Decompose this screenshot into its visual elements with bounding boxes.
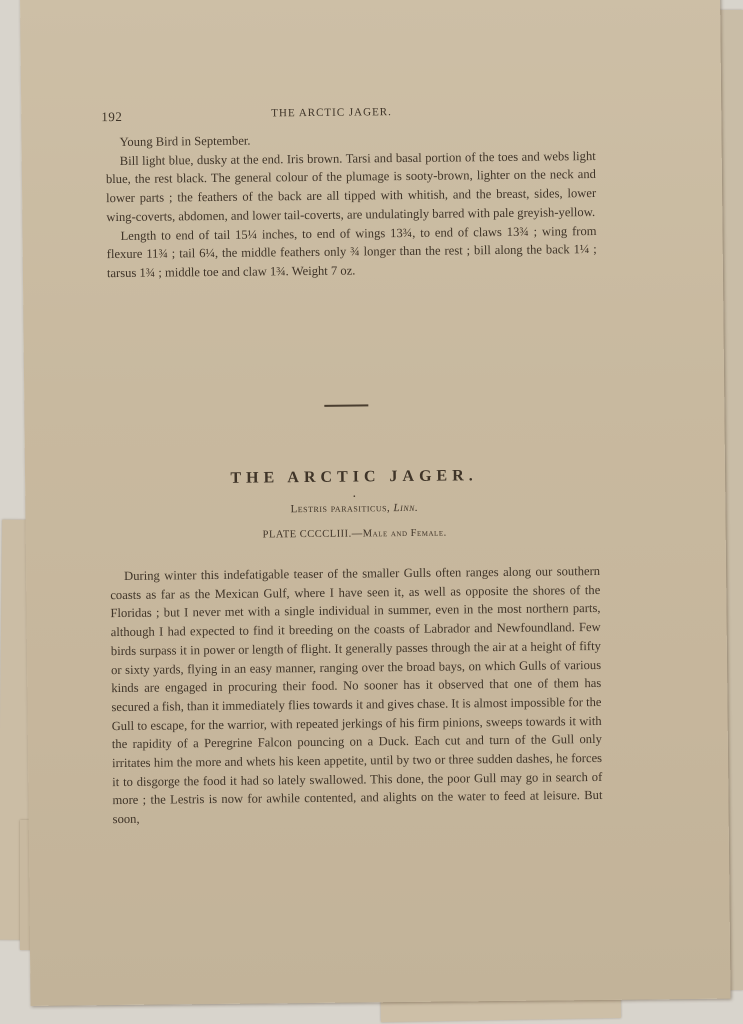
latin-name-line: Lestris parasiticus, Linn. — [109, 500, 599, 517]
article-body: During winter this indefatigable teaser … — [110, 562, 603, 829]
running-head: 192 THE ARCTIC JAGER. — [101, 104, 601, 109]
measurements-paragraph: Length to end of tail 15¼ inches, to end… — [106, 221, 597, 282]
article-title: THE ARCTIC JAGER. — [109, 466, 599, 489]
latin-name: Lestris parasiticus, — [290, 502, 390, 515]
section-divider — [324, 404, 368, 406]
running-title: THE ARCTIC JAGER. — [271, 106, 392, 119]
taxon-authority: Linn. — [393, 502, 418, 514]
young-bird-description: Young Bird in September. Bill light blue… — [105, 128, 597, 283]
page-number: 192 — [101, 109, 122, 125]
book-page: 192 THE ARCTIC JAGER. Young Bird in Sept… — [20, 0, 731, 1006]
plumage-paragraph: Bill light blue, dusky at the end. Iris … — [106, 147, 597, 227]
plate-reference: PLATE CCCCLIII.—Male and Female. — [110, 526, 600, 542]
body-paragraph: During winter this indefatigable teaser … — [110, 562, 603, 829]
